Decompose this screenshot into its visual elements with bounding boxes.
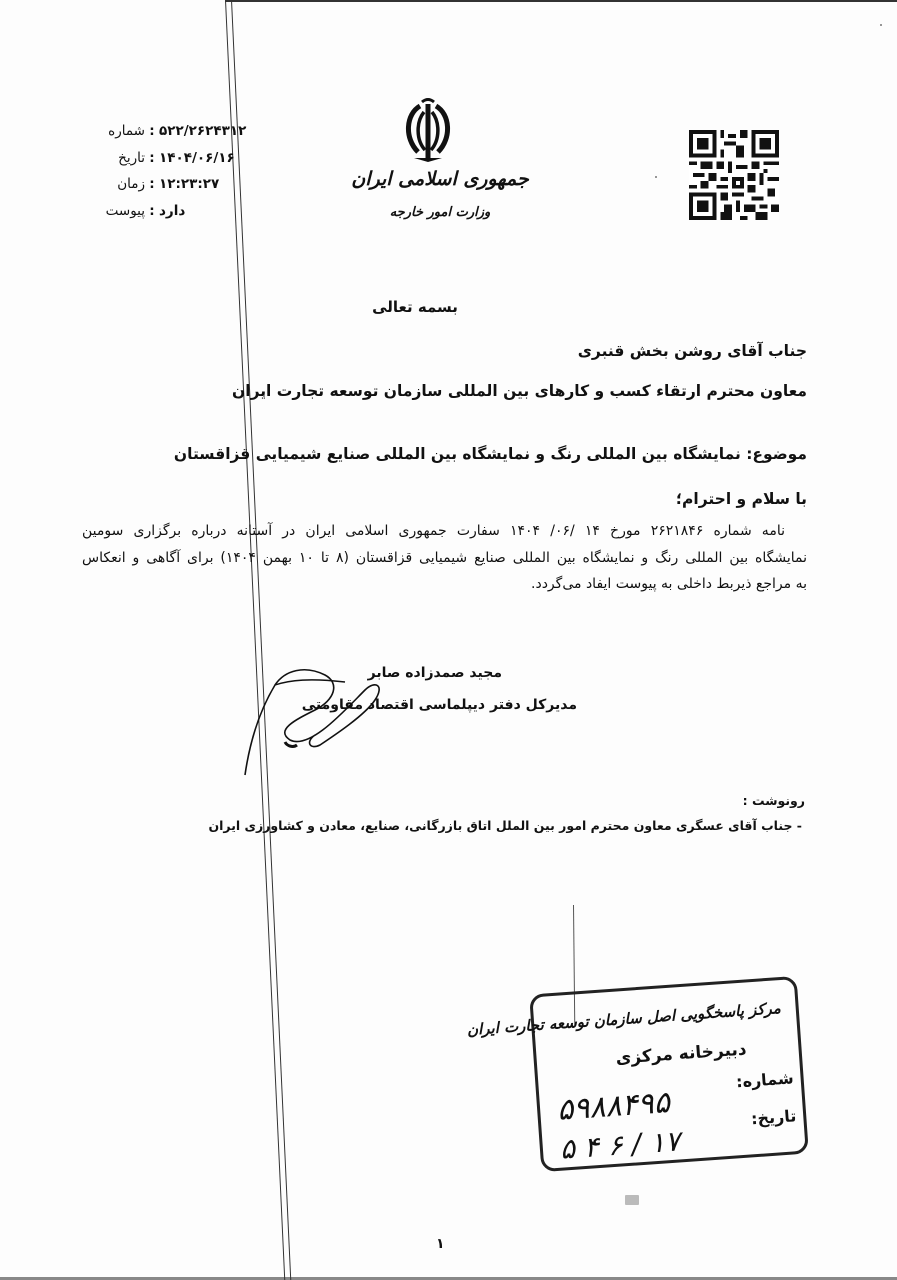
meta-date: تاریخ : ۱۴۰۴/۰۶/۱۶ <box>95 145 295 172</box>
meta-colon: : <box>145 123 159 139</box>
letter-page: شماره : ۵۲۲/۲۶۲۴۳۱۲ تاریخ : ۱۴۰۴/۰۶/۱۶ ز… <box>0 0 897 1280</box>
scan-speck <box>880 24 882 26</box>
bismillah-heading: بسمه تعالی <box>360 298 470 316</box>
stamp-number-label: شماره: <box>736 1068 795 1091</box>
letter-body: نامه شماره ۲۶۲۱۸۴۶ مورخ ۱۴ /۰۶/ ۱۴۰۴ سفا… <box>82 518 807 598</box>
letter-meta: شماره : ۵۲۲/۲۶۲۴۳۱۲ تاریخ : ۱۴۰۴/۰۶/۱۶ ز… <box>95 118 295 224</box>
body-line: نمایشگاه بین المللی رنگ و نمایشگاه بین ا… <box>82 545 807 572</box>
meta-label: زمان <box>95 176 145 192</box>
meta-label: تاریخ <box>95 150 145 166</box>
body-line: به مراجع ذیربط داخلی به پیوست ایفاد می‌گ… <box>82 571 807 598</box>
stamp-date-label: تاریخ: <box>750 1106 796 1128</box>
meta-value: دارد <box>159 203 269 219</box>
cc-label: رونوشت : <box>743 793 805 808</box>
ministry-name: وزارت امور خارجه <box>355 205 525 220</box>
meta-colon: : <box>145 176 159 192</box>
handwritten-signature <box>215 650 435 780</box>
meta-attachment: پیوست : دارد <box>95 198 295 225</box>
scan-speck <box>263 395 265 397</box>
meta-value: ۱۲:۲۳:۲۷ <box>159 176 269 192</box>
iran-emblem-icon <box>402 96 454 168</box>
meta-value: ۱۴۰۴/۰۶/۱۶ <box>159 150 269 166</box>
scan-speck <box>625 1195 639 1205</box>
meta-time: زمان : ۱۲:۲۳:۲۷ <box>95 171 295 198</box>
meta-colon: : <box>145 150 159 166</box>
meta-label: پیوست <box>95 203 145 219</box>
meta-label: شماره <box>95 123 145 139</box>
salutation: با سلام و احترام؛ <box>676 490 807 508</box>
qr-code-icon <box>688 130 780 220</box>
receipt-stamp: مرکز پاسخگویی اصل سازمان توسعه تجارت ایر… <box>529 976 809 1172</box>
meta-value: ۵۲۲/۲۶۲۴۳۱۲ <box>159 123 269 139</box>
cc-item: - جناب آقای عسگری معاون محترم امور بین ا… <box>208 818 802 833</box>
scan-speck <box>655 176 657 178</box>
addressee-name: جناب آقای روشن بخش قنبری <box>578 342 807 360</box>
body-line: نامه شماره ۲۶۲۱۸۴۶ مورخ ۱۴ /۰۶/ ۱۴۰۴ سفا… <box>82 518 807 545</box>
letter-subject: موضوع: نمایشگاه بین المللی رنگ و نمایشگا… <box>174 445 807 463</box>
scan-top-edge <box>225 0 897 2</box>
addressee-title: معاون محترم ارتقاء کسب و کارهای بین المل… <box>232 382 807 400</box>
country-name: جمهوری اسلامی ایران <box>350 168 530 190</box>
page-number: ۱ <box>436 1236 445 1252</box>
meta-number: شماره : ۵۲۲/۲۶۲۴۳۱۲ <box>95 118 295 145</box>
meta-colon: : <box>145 203 159 219</box>
